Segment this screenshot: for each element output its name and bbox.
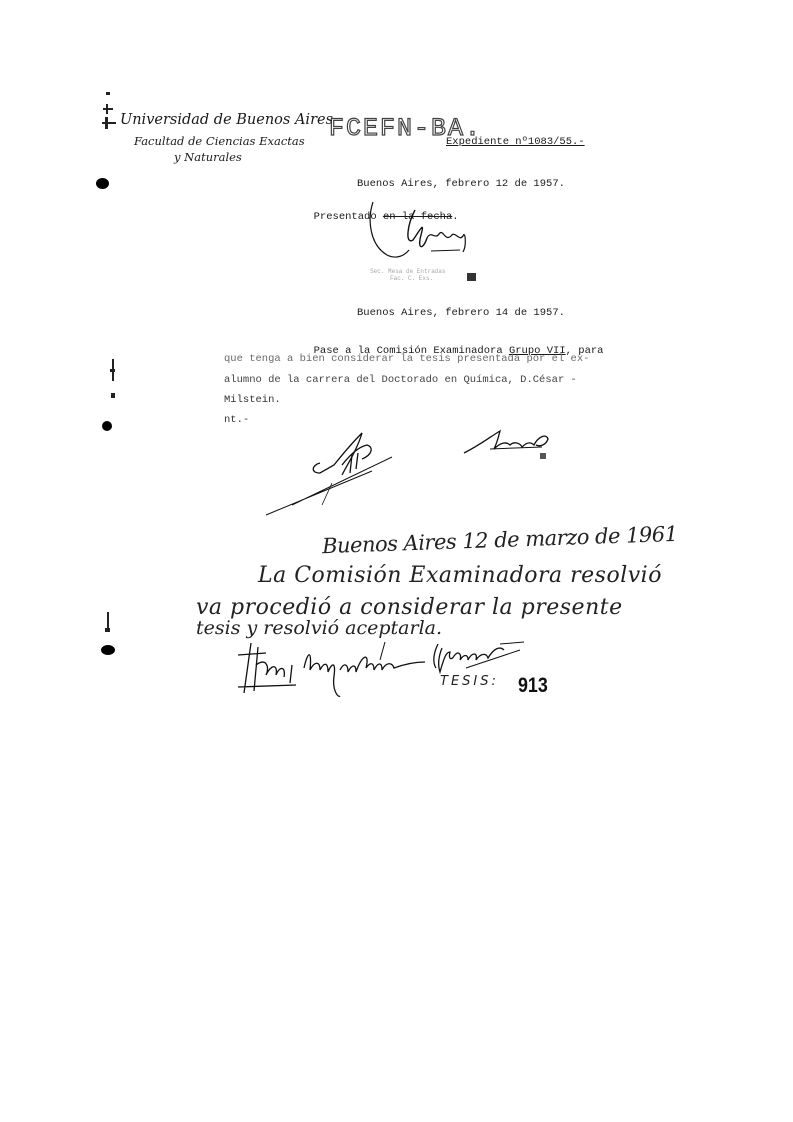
handwritten-date: Buenos Aires 12 de marzo de 1961	[322, 522, 678, 558]
entry2-line3: alumno de la carrera del Doctorado en Qu…	[224, 374, 577, 386]
letterhead-university: Universidad de Buenos Aires	[120, 112, 333, 128]
entry2-line2: que tenga a bien considerar la tesis pre…	[224, 353, 589, 365]
tesis-label: TESIS:	[440, 674, 499, 689]
tesis-number: 913	[518, 674, 548, 698]
receipt-stamp-line1: Sec. Mesa de Entradas	[370, 268, 446, 275]
letterhead-faculty: Facultad de Ciencias Exactas	[134, 134, 305, 148]
receipt-stamp-line2: Fac. C. Exs.	[390, 275, 446, 282]
letterhead-naturales: y Naturales	[174, 150, 242, 164]
signature-5	[300, 640, 430, 700]
expediente-number: Expediente nº1083/55.-	[446, 136, 585, 148]
stamp-ink-mark	[467, 273, 476, 281]
handwritten-line1: La Comisión Examinadora resolvió	[258, 563, 662, 588]
signature-6	[430, 638, 530, 678]
handwritten-line3: tesis y resolvió aceptarla.	[196, 617, 442, 639]
signature-2	[262, 425, 412, 520]
signature-3	[460, 425, 560, 470]
signature-1	[365, 200, 475, 270]
entry1-date: Buenos Aires, febrero 12 de 1957.	[357, 178, 565, 190]
receipt-stamp: Sec. Mesa de Entradas Fac. C. Exs.	[370, 268, 446, 282]
entry2-date: Buenos Aires, febrero 14 de 1957.	[357, 307, 565, 319]
margin-marks-top	[100, 90, 120, 190]
margin-marks-bottom	[100, 610, 120, 660]
entry2-line5: nt.-	[224, 414, 249, 426]
margin-marks-middle	[100, 355, 120, 435]
entry2-line4: Milstein.	[224, 394, 281, 406]
signature-4	[236, 635, 306, 695]
